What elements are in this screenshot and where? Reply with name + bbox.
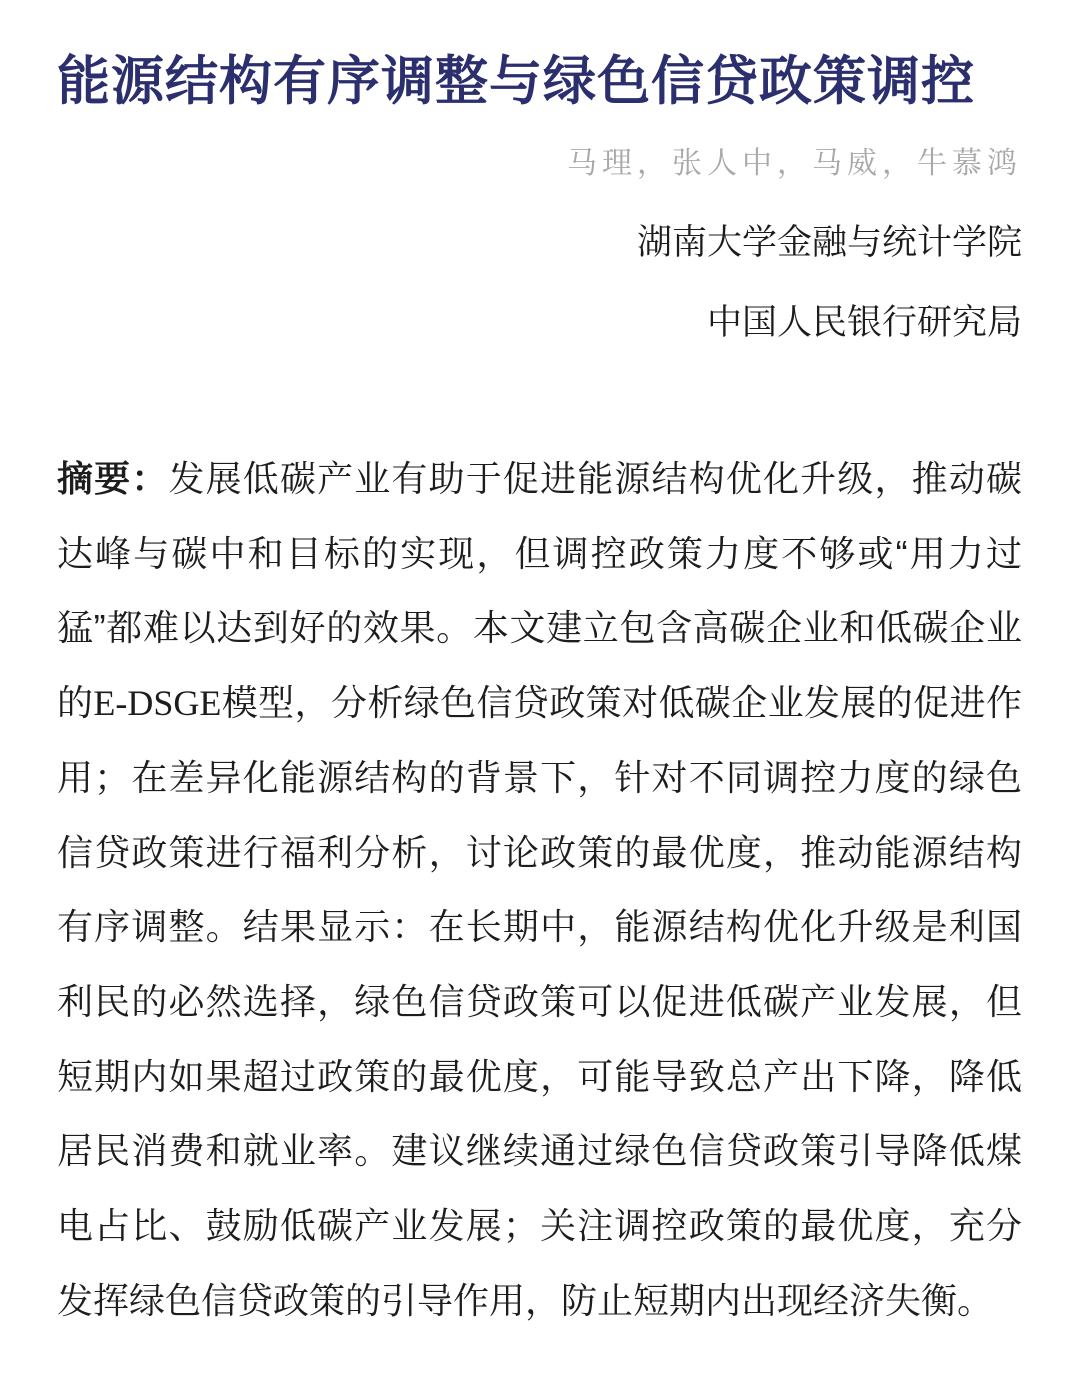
- abstract-text-segment: 模型，分析绿色信贷政策对低碳企业发展的促进作: [221, 682, 1022, 723]
- affiliation-line-1: 湖南大学金融与统计学院: [57, 222, 1022, 264]
- abstract-line-6: 信贷政策进行福利分析，讨论政策的最优度，推动能源结构: [57, 816, 1022, 891]
- abstract-text-segment: 发展低碳产业有助于促进能源结构优化升级，推动碳: [168, 458, 1022, 499]
- abstract-line-5: 用；在差异化能源结构的背景下，针对不同调控力度的绿色: [57, 741, 1022, 816]
- abstract-line-1: 摘要：发展低碳产业有助于促进能源结构优化升级，推动碳: [57, 442, 1022, 517]
- abstract-text-segment: E-DSGE: [93, 683, 221, 723]
- abstract-line-2: 达峰与碳中和目标的实现，但调控政策力度不够或“用力过: [57, 517, 1022, 592]
- abstract-text-segment: 短期内如果超过政策的最优度，可能导致总产出下降，降低: [57, 1056, 1022, 1097]
- abstract-line-10: 居民消费和就业率。建议继续通过绿色信贷政策引导降低煤: [57, 1114, 1022, 1189]
- abstract-line-7: 有序调整。结果显示：在长期中，能源结构优化升级是利国: [57, 890, 1022, 965]
- abstract-text-segment: 居民消费和就业率。建议继续通过绿色信贷政策引导降低煤: [57, 1130, 1022, 1171]
- paper-title: 能源结构有序调整与绿色信贷政策调控: [57, 46, 1022, 118]
- abstract-text-segment: 利民的必然选择，绿色信贷政策可以促进低碳产业发展，但: [57, 981, 1022, 1022]
- abstract-line-8: 利民的必然选择，绿色信贷政策可以促进低碳产业发展，但: [57, 965, 1022, 1040]
- abstract-text-segment: 有序调整。结果显示：在长期中，能源结构优化升级是利国: [57, 906, 1022, 947]
- abstract-text-segment: 发挥绿色信贷政策的引导作用，防止短期内出现经济失衡。: [57, 1280, 993, 1321]
- abstract-text-segment: 达峰与碳中和目标的实现，但调控政策力度不够或“用力过: [57, 533, 1022, 574]
- authors-line: 马理，张人中，马威，牛慕鸿: [57, 146, 1022, 182]
- paper-page: 能源结构有序调整与绿色信贷政策调控 马理，张人中，马威，牛慕鸿 湖南大学金融与统…: [0, 0, 1080, 1374]
- abstract-text-segment: 信贷政策进行福利分析，讨论政策的最优度，推动能源结构: [57, 832, 1022, 873]
- abstract-text-segment: 电占比、鼓励低碳产业发展；关注调控政策的最优度，充分: [57, 1205, 1022, 1246]
- abstract-text-segment: 猛”都难以达到好的效果。本文建立包含高碳企业和低碳企业: [57, 607, 1022, 648]
- paper-content: 能源结构有序调整与绿色信贷政策调控 马理，张人中，马威，牛慕鸿 湖南大学金融与统…: [0, 0, 1080, 1338]
- abstract-line-12: 发挥绿色信贷政策的引导作用，防止短期内出现经济失衡。: [57, 1264, 1022, 1339]
- abstract-text-segment: 的: [57, 682, 93, 723]
- abstract-line-4: 的E-DSGE模型，分析绿色信贷政策对低碳企业发展的促进作: [57, 666, 1022, 741]
- affiliation-line-2: 中国人民银行研究局: [57, 302, 1022, 344]
- abstract-line-3: 猛”都难以达到好的效果。本文建立包含高碳企业和低碳企业: [57, 591, 1022, 666]
- abstract-line-11: 电占比、鼓励低碳产业发展；关注调控政策的最优度，充分: [57, 1189, 1022, 1264]
- abstract-block: 摘要：发展低碳产业有助于促进能源结构优化升级，推动碳达峰与碳中和目标的实现，但调…: [57, 442, 1022, 1338]
- abstract-label: 摘要：: [57, 458, 168, 499]
- abstract-line-9: 短期内如果超过政策的最优度，可能导致总产出下降，降低: [57, 1040, 1022, 1115]
- abstract-text-segment: 用；在差异化能源结构的背景下，针对不同调控力度的绿色: [57, 757, 1022, 798]
